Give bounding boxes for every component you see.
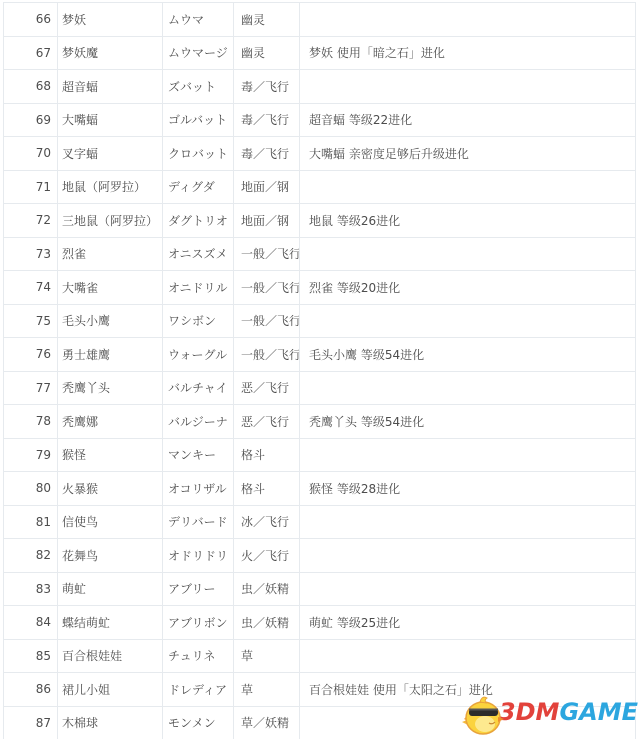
table-row: 72三地鼠（阿罗拉）ダグトリオ地面／钢地鼠 等级26进化 — [4, 204, 636, 238]
cell-type: 地面／钢 — [234, 204, 300, 238]
cell-name-jp: オニスズメ — [163, 237, 234, 271]
cell-name-cn: 信使鸟 — [58, 505, 163, 539]
cell-name-cn: 秃鹰丫头 — [58, 371, 163, 405]
cell-number: 80 — [4, 472, 58, 506]
cell-type: 一般／飞行 — [234, 338, 300, 372]
cell-number: 68 — [4, 70, 58, 104]
cell-number: 72 — [4, 204, 58, 238]
pokemon-table-body: 66梦妖ムウマ幽灵67梦妖魔ムウマージ幽灵梦妖 使用「暗之石」进化68超音蝠ズバ… — [4, 3, 636, 739]
cell-number: 84 — [4, 606, 58, 640]
cell-number: 71 — [4, 170, 58, 204]
cell-name-cn: 火暴猴 — [58, 472, 163, 506]
table-row: 80火暴猴オコリザル格斗猴怪 等级28进化 — [4, 472, 636, 506]
cell-type: 一般／飞行 — [234, 271, 300, 305]
pokemon-evolution-table-wrap: 66梦妖ムウマ幽灵67梦妖魔ムウマージ幽灵梦妖 使用「暗之石」进化68超音蝠ズバ… — [3, 2, 636, 739]
cell-name-cn: 三地鼠（阿罗拉） — [58, 204, 163, 238]
cell-name-cn: 秃鹰娜 — [58, 405, 163, 439]
cell-number: 78 — [4, 405, 58, 439]
cell-name-cn: 大嘴雀 — [58, 271, 163, 305]
table-row: 81信使鸟デリバード冰／飞行 — [4, 505, 636, 539]
cell-name-jp: ディグダ — [163, 170, 234, 204]
cell-type: 草／妖精 — [234, 706, 300, 739]
cell-evolution — [300, 237, 636, 271]
cell-number: 83 — [4, 572, 58, 606]
cell-type: 格斗 — [234, 472, 300, 506]
table-row: 71地鼠（阿罗拉）ディグダ地面／钢 — [4, 170, 636, 204]
cell-name-jp: ズバット — [163, 70, 234, 104]
table-row: 77秃鹰丫头バルチャイ恶／飞行 — [4, 371, 636, 405]
table-row: 69大嘴蝠ゴルバット毒／飞行超音蝠 等级22进化 — [4, 103, 636, 137]
cell-name-jp: ドレディア — [163, 673, 234, 707]
3dmgame-watermark: 3DMGAME — [456, 692, 638, 738]
cell-name-cn: 百合根娃娃 — [58, 639, 163, 673]
cell-name-cn: 大嘴蝠 — [58, 103, 163, 137]
cell-type: 幽灵 — [234, 3, 300, 37]
cell-evolution: 超音蝠 等级22进化 — [300, 103, 636, 137]
cell-name-jp: デリバード — [163, 505, 234, 539]
cell-name-jp: ワシボン — [163, 304, 234, 338]
cell-name-jp: アブリボン — [163, 606, 234, 640]
cell-type: 虫／妖精 — [234, 606, 300, 640]
cell-evolution: 秃鹰丫头 等级54进化 — [300, 405, 636, 439]
cell-name-jp: オニドリル — [163, 271, 234, 305]
cell-type: 恶／飞行 — [234, 405, 300, 439]
cell-evolution — [300, 3, 636, 37]
cell-type: 一般／飞行 — [234, 304, 300, 338]
cell-type: 毒／飞行 — [234, 70, 300, 104]
cell-type: 地面／钢 — [234, 170, 300, 204]
cell-name-jp: ゴルバット — [163, 103, 234, 137]
cell-name-cn: 地鼠（阿罗拉） — [58, 170, 163, 204]
chick-mascot-icon — [456, 692, 506, 738]
cell-type: 冰／飞行 — [234, 505, 300, 539]
cell-name-jp: マンキー — [163, 438, 234, 472]
cell-name-cn: 勇士雄鹰 — [58, 338, 163, 372]
cell-number: 85 — [4, 639, 58, 673]
cell-evolution — [300, 505, 636, 539]
cell-type: 草 — [234, 673, 300, 707]
cell-evolution: 毛头小鹰 等级54进化 — [300, 338, 636, 372]
cell-evolution — [300, 304, 636, 338]
cell-evolution: 萌虻 等级25进化 — [300, 606, 636, 640]
table-row: 76勇士雄鹰ウォーグル一般／飞行毛头小鹰 等级54进化 — [4, 338, 636, 372]
brand-3dm-text: 3DM — [499, 698, 560, 726]
cell-type: 毒／飞行 — [234, 137, 300, 171]
cell-name-jp: クロバット — [163, 137, 234, 171]
brand-logo-text: 3DMGAME — [499, 700, 638, 730]
cell-number: 81 — [4, 505, 58, 539]
cell-name-jp: ダグトリオ — [163, 204, 234, 238]
cell-name-jp: バルジーナ — [163, 405, 234, 439]
pokemon-evolution-table: 66梦妖ムウマ幽灵67梦妖魔ムウマージ幽灵梦妖 使用「暗之石」进化68超音蝠ズバ… — [3, 2, 636, 739]
cell-evolution: 猴怪 等级28进化 — [300, 472, 636, 506]
cell-evolution — [300, 572, 636, 606]
table-row: 78秃鹰娜バルジーナ恶／飞行秃鹰丫头 等级54进化 — [4, 405, 636, 439]
cell-evolution: 梦妖 使用「暗之石」进化 — [300, 36, 636, 70]
table-row: 82花舞鸟オドリドリ火／飞行 — [4, 539, 636, 573]
cell-evolution — [300, 438, 636, 472]
cell-name-cn: 蝶结萌虻 — [58, 606, 163, 640]
cell-name-jp: オドリドリ — [163, 539, 234, 573]
cell-number: 77 — [4, 371, 58, 405]
cell-type: 幽灵 — [234, 36, 300, 70]
cell-name-cn: 烈雀 — [58, 237, 163, 271]
table-row: 79猴怪マンキー格斗 — [4, 438, 636, 472]
cell-name-jp: ウォーグル — [163, 338, 234, 372]
cell-number: 73 — [4, 237, 58, 271]
table-row: 73烈雀オニスズメ一般／飞行 — [4, 237, 636, 271]
cell-evolution — [300, 539, 636, 573]
cell-name-cn: 叉字蝠 — [58, 137, 163, 171]
cell-name-cn: 毛头小鹰 — [58, 304, 163, 338]
cell-name-cn: 猴怪 — [58, 438, 163, 472]
table-row: 70叉字蝠クロバット毒／飞行大嘴蝠 亲密度足够后升级进化 — [4, 137, 636, 171]
cell-name-cn: 木棉球 — [58, 706, 163, 739]
table-row: 85百合根娃娃チュリネ草 — [4, 639, 636, 673]
cell-number: 70 — [4, 137, 58, 171]
cell-number: 74 — [4, 271, 58, 305]
cell-number: 66 — [4, 3, 58, 37]
cell-name-cn: 花舞鸟 — [58, 539, 163, 573]
cell-name-cn: 裙儿小姐 — [58, 673, 163, 707]
cell-type: 虫／妖精 — [234, 572, 300, 606]
cell-name-cn: 萌虻 — [58, 572, 163, 606]
cell-number: 79 — [4, 438, 58, 472]
cell-name-jp: バルチャイ — [163, 371, 234, 405]
cell-number: 76 — [4, 338, 58, 372]
cell-type: 火／飞行 — [234, 539, 300, 573]
cell-name-jp: ムウマージ — [163, 36, 234, 70]
cell-name-jp: ムウマ — [163, 3, 234, 37]
cell-evolution — [300, 70, 636, 104]
table-row: 68超音蝠ズバット毒／飞行 — [4, 70, 636, 104]
cell-name-cn: 超音蝠 — [58, 70, 163, 104]
cell-name-jp: アブリー — [163, 572, 234, 606]
cell-type: 恶／飞行 — [234, 371, 300, 405]
cell-evolution — [300, 639, 636, 673]
table-row: 67梦妖魔ムウマージ幽灵梦妖 使用「暗之石」进化 — [4, 36, 636, 70]
cell-number: 67 — [4, 36, 58, 70]
cell-evolution — [300, 371, 636, 405]
cell-name-jp: チュリネ — [163, 639, 234, 673]
table-row: 84蝶结萌虻アブリボン虫／妖精萌虻 等级25进化 — [4, 606, 636, 640]
cell-type: 草 — [234, 639, 300, 673]
cell-number: 87 — [4, 706, 58, 739]
table-row: 75毛头小鹰ワシボン一般／飞行 — [4, 304, 636, 338]
cell-evolution: 大嘴蝠 亲密度足够后升级进化 — [300, 137, 636, 171]
cell-number: 86 — [4, 673, 58, 707]
cell-number: 82 — [4, 539, 58, 573]
cell-type: 毒／飞行 — [234, 103, 300, 137]
cell-name-jp: オコリザル — [163, 472, 234, 506]
cell-name-jp: モンメン — [163, 706, 234, 739]
cell-number: 69 — [4, 103, 58, 137]
table-row: 83萌虻アブリー虫／妖精 — [4, 572, 636, 606]
brand-game-text: GAME — [559, 698, 638, 726]
table-row: 66梦妖ムウマ幽灵 — [4, 3, 636, 37]
cell-name-cn: 梦妖 — [58, 3, 163, 37]
cell-evolution — [300, 170, 636, 204]
cell-type: 格斗 — [234, 438, 300, 472]
cell-evolution: 烈雀 等级20进化 — [300, 271, 636, 305]
cell-evolution: 地鼠 等级26进化 — [300, 204, 636, 238]
cell-number: 75 — [4, 304, 58, 338]
cell-name-cn: 梦妖魔 — [58, 36, 163, 70]
table-row: 74大嘴雀オニドリル一般／飞行烈雀 等级20进化 — [4, 271, 636, 305]
cell-type: 一般／飞行 — [234, 237, 300, 271]
